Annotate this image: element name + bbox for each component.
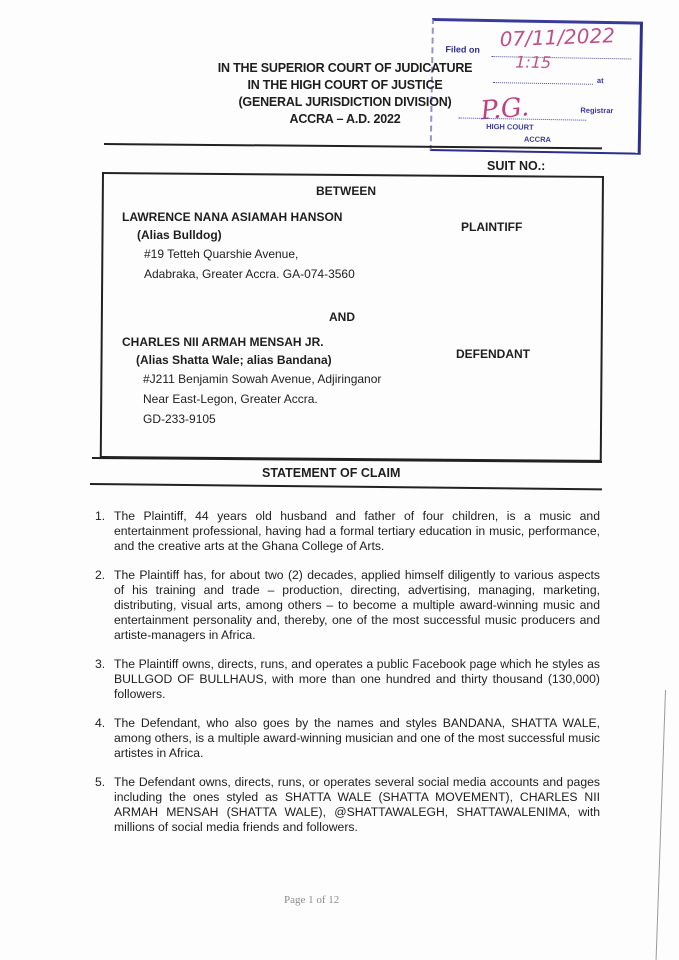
plaintiff-alias: (Alias Bulldog) (137, 228, 222, 242)
statement-of-claim-title: STATEMENT OF CLAIM (262, 466, 400, 480)
plaintiff-name: LAWRENCE NANA ASIAMAH HANSON (122, 210, 342, 224)
plaintiff-address-line2: Adabraka, Greater Accra. GA-074-3560 (144, 267, 355, 281)
claim-text: The Defendant owns, directs, runs, or op… (114, 775, 600, 834)
claim-number: 1. (95, 509, 105, 524)
defendant-role: DEFENDANT (456, 347, 530, 361)
claim-item: 3. The Plaintiff owns, directs, runs, an… (95, 657, 600, 702)
defendant-address-line1: #J211 Benjamin Sowah Avenue, Adjiringano… (143, 372, 381, 386)
filing-stamp: Filed on 07/11/2022 1:15 at P.G. Registr… (430, 18, 643, 155)
claim-item: 1. The Plaintiff, 44 years old husband a… (95, 509, 600, 554)
document-page: IN THE SUPERIOR COURT OF JUDICATURE IN T… (0, 0, 679, 960)
defendant-alias: (Alias Shatta Wale; alias Bandana) (136, 353, 332, 367)
claim-text: The Plaintiff owns, directs, runs, and o… (114, 657, 600, 701)
between-label: BETWEEN (316, 184, 376, 198)
page-edge-line (656, 690, 666, 960)
claim-text: The Plaintiff has, for about two (2) dec… (114, 568, 600, 642)
claim-number: 3. (95, 657, 105, 672)
suit-number-label: SUIT NO.: (487, 159, 545, 173)
claim-number: 5. (95, 775, 105, 790)
defendant-address-line3: GD-233-9105 (143, 412, 216, 426)
plaintiff-role: PLAINTIFF (461, 220, 522, 234)
defendant-name: CHARLES NII ARMAH MENSAH JR. (122, 335, 324, 349)
claim-item: 5. The Defendant owns, directs, runs, or… (95, 775, 600, 835)
stamp-line (491, 56, 631, 59)
page-number: Page 1 of 12 (284, 894, 339, 906)
claim-item: 2. The Plaintiff has, for about two (2) … (95, 568, 600, 643)
claims-list: 1. The Plaintiff, 44 years old husband a… (95, 509, 600, 849)
claim-text: The Plaintiff, 44 years old husband and … (114, 509, 600, 553)
title-divider (90, 483, 602, 490)
stamp-time: 1:15 (515, 52, 551, 72)
claim-text: The Defendant, who also goes by the name… (114, 716, 600, 760)
plaintiff-address-line1: #19 Tetteh Quarshie Avenue, (144, 247, 298, 261)
stamp-small-text: ACCRA (524, 135, 551, 144)
claim-item: 4. The Defendant, who also goes by the n… (95, 716, 600, 761)
and-label: AND (329, 310, 355, 324)
stamp-line (493, 82, 593, 85)
stamp-filed-label: Filed on (445, 44, 480, 55)
stamp-date: 07/11/2022 (499, 23, 615, 51)
claim-number: 4. (95, 716, 105, 731)
claim-number: 2. (95, 568, 105, 583)
stamp-small-text: HIGH COURT (486, 122, 534, 132)
stamp-small-text: Registrar (580, 106, 613, 116)
stamp-small-text: at (597, 76, 604, 85)
defendant-address-line2: Near East-Legon, Greater Accra. (143, 392, 318, 406)
